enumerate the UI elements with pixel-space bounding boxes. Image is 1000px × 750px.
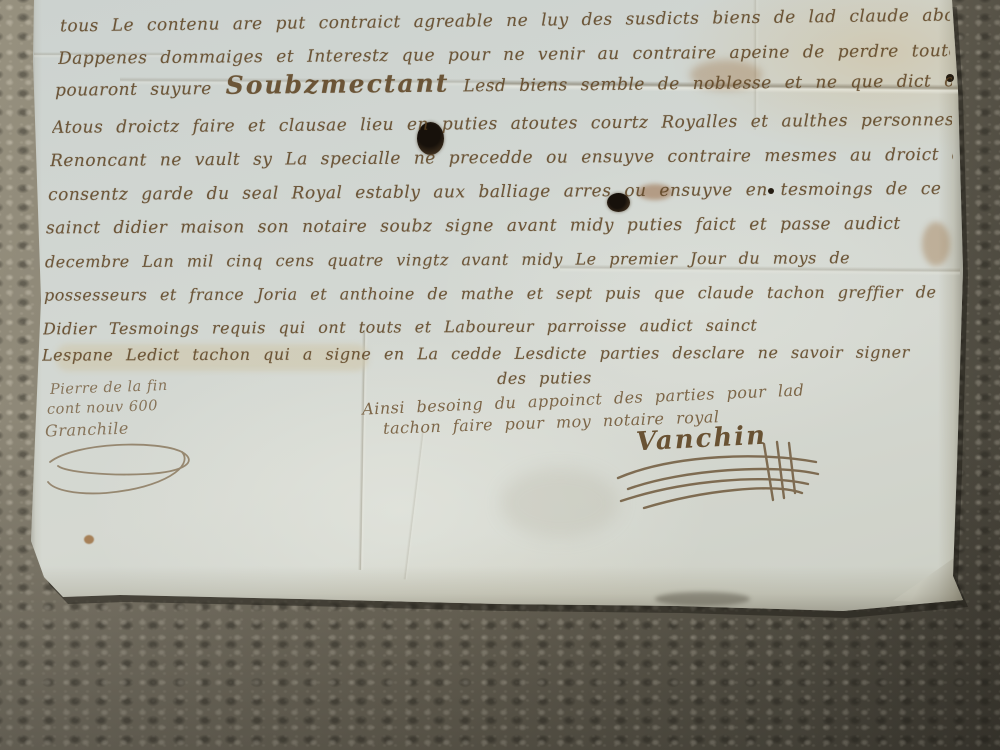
manuscript-line: possesseurs et france Joria et anthoine … bbox=[44, 274, 951, 306]
photo-of-manuscript-on-carpet: tous Le contenu are put contraict agreab… bbox=[0, 0, 1000, 750]
manuscript-line: Atous droictz faire et clausae lieu en p… bbox=[52, 102, 952, 139]
manuscript-line: sainct didier maison son notaire soubz s… bbox=[46, 206, 952, 240]
manuscript-line: tous Le contenu are put contraict agreab… bbox=[60, 0, 950, 37]
fold-crease-vertical-lower bbox=[403, 430, 426, 579]
line-text: des puties bbox=[497, 368, 592, 388]
line-text: Lesd biens semble de noblesse et ne que … bbox=[463, 71, 952, 97]
line-text: Lespane Ledict tachon qui a signe en La … bbox=[42, 343, 910, 365]
line-emphasis: Soubzmectant bbox=[226, 69, 450, 100]
foxing-dot bbox=[84, 535, 94, 544]
line-text: Renoncant ne vault sy La specialle ne pr… bbox=[50, 144, 953, 172]
signature-paraph-flourish bbox=[612, 438, 822, 516]
marginal-note-line: Granchile bbox=[45, 419, 129, 441]
soft-shading bbox=[500, 468, 620, 538]
line-text: decembre Lan mil cinq cens quatre vingtz… bbox=[45, 248, 850, 271]
manuscript-line: consentz garde du seal Royal estably aux… bbox=[48, 171, 953, 206]
line-text: sainct didier maison son notaire soubz s… bbox=[46, 214, 901, 238]
manuscript-line: decembre Lan mil cinq cens quatre vingtz… bbox=[45, 240, 952, 274]
marginal-note-line: cont nouv 600 bbox=[47, 398, 159, 418]
manuscript-line: pouaront suyureSoubzmectantLesd biens se… bbox=[55, 63, 952, 101]
marginal-paraph-flourish bbox=[36, 440, 206, 502]
line-text: Atous droictz faire et clausae lieu en p… bbox=[52, 110, 952, 138]
marginal-note-line: Pierre de la fin bbox=[50, 378, 168, 398]
line-text: pouaront suyure bbox=[55, 79, 212, 101]
manuscript-line: Renoncant ne vault sy La specialle ne pr… bbox=[50, 137, 953, 172]
line-text: possesseurs et france Joria et anthoine … bbox=[44, 282, 936, 304]
line-text: consentz garde du seal Royal estably aux… bbox=[48, 178, 953, 205]
stain-bottom-edge bbox=[655, 592, 750, 606]
line-text: tous Le contenu are put contraict agreab… bbox=[60, 5, 950, 36]
